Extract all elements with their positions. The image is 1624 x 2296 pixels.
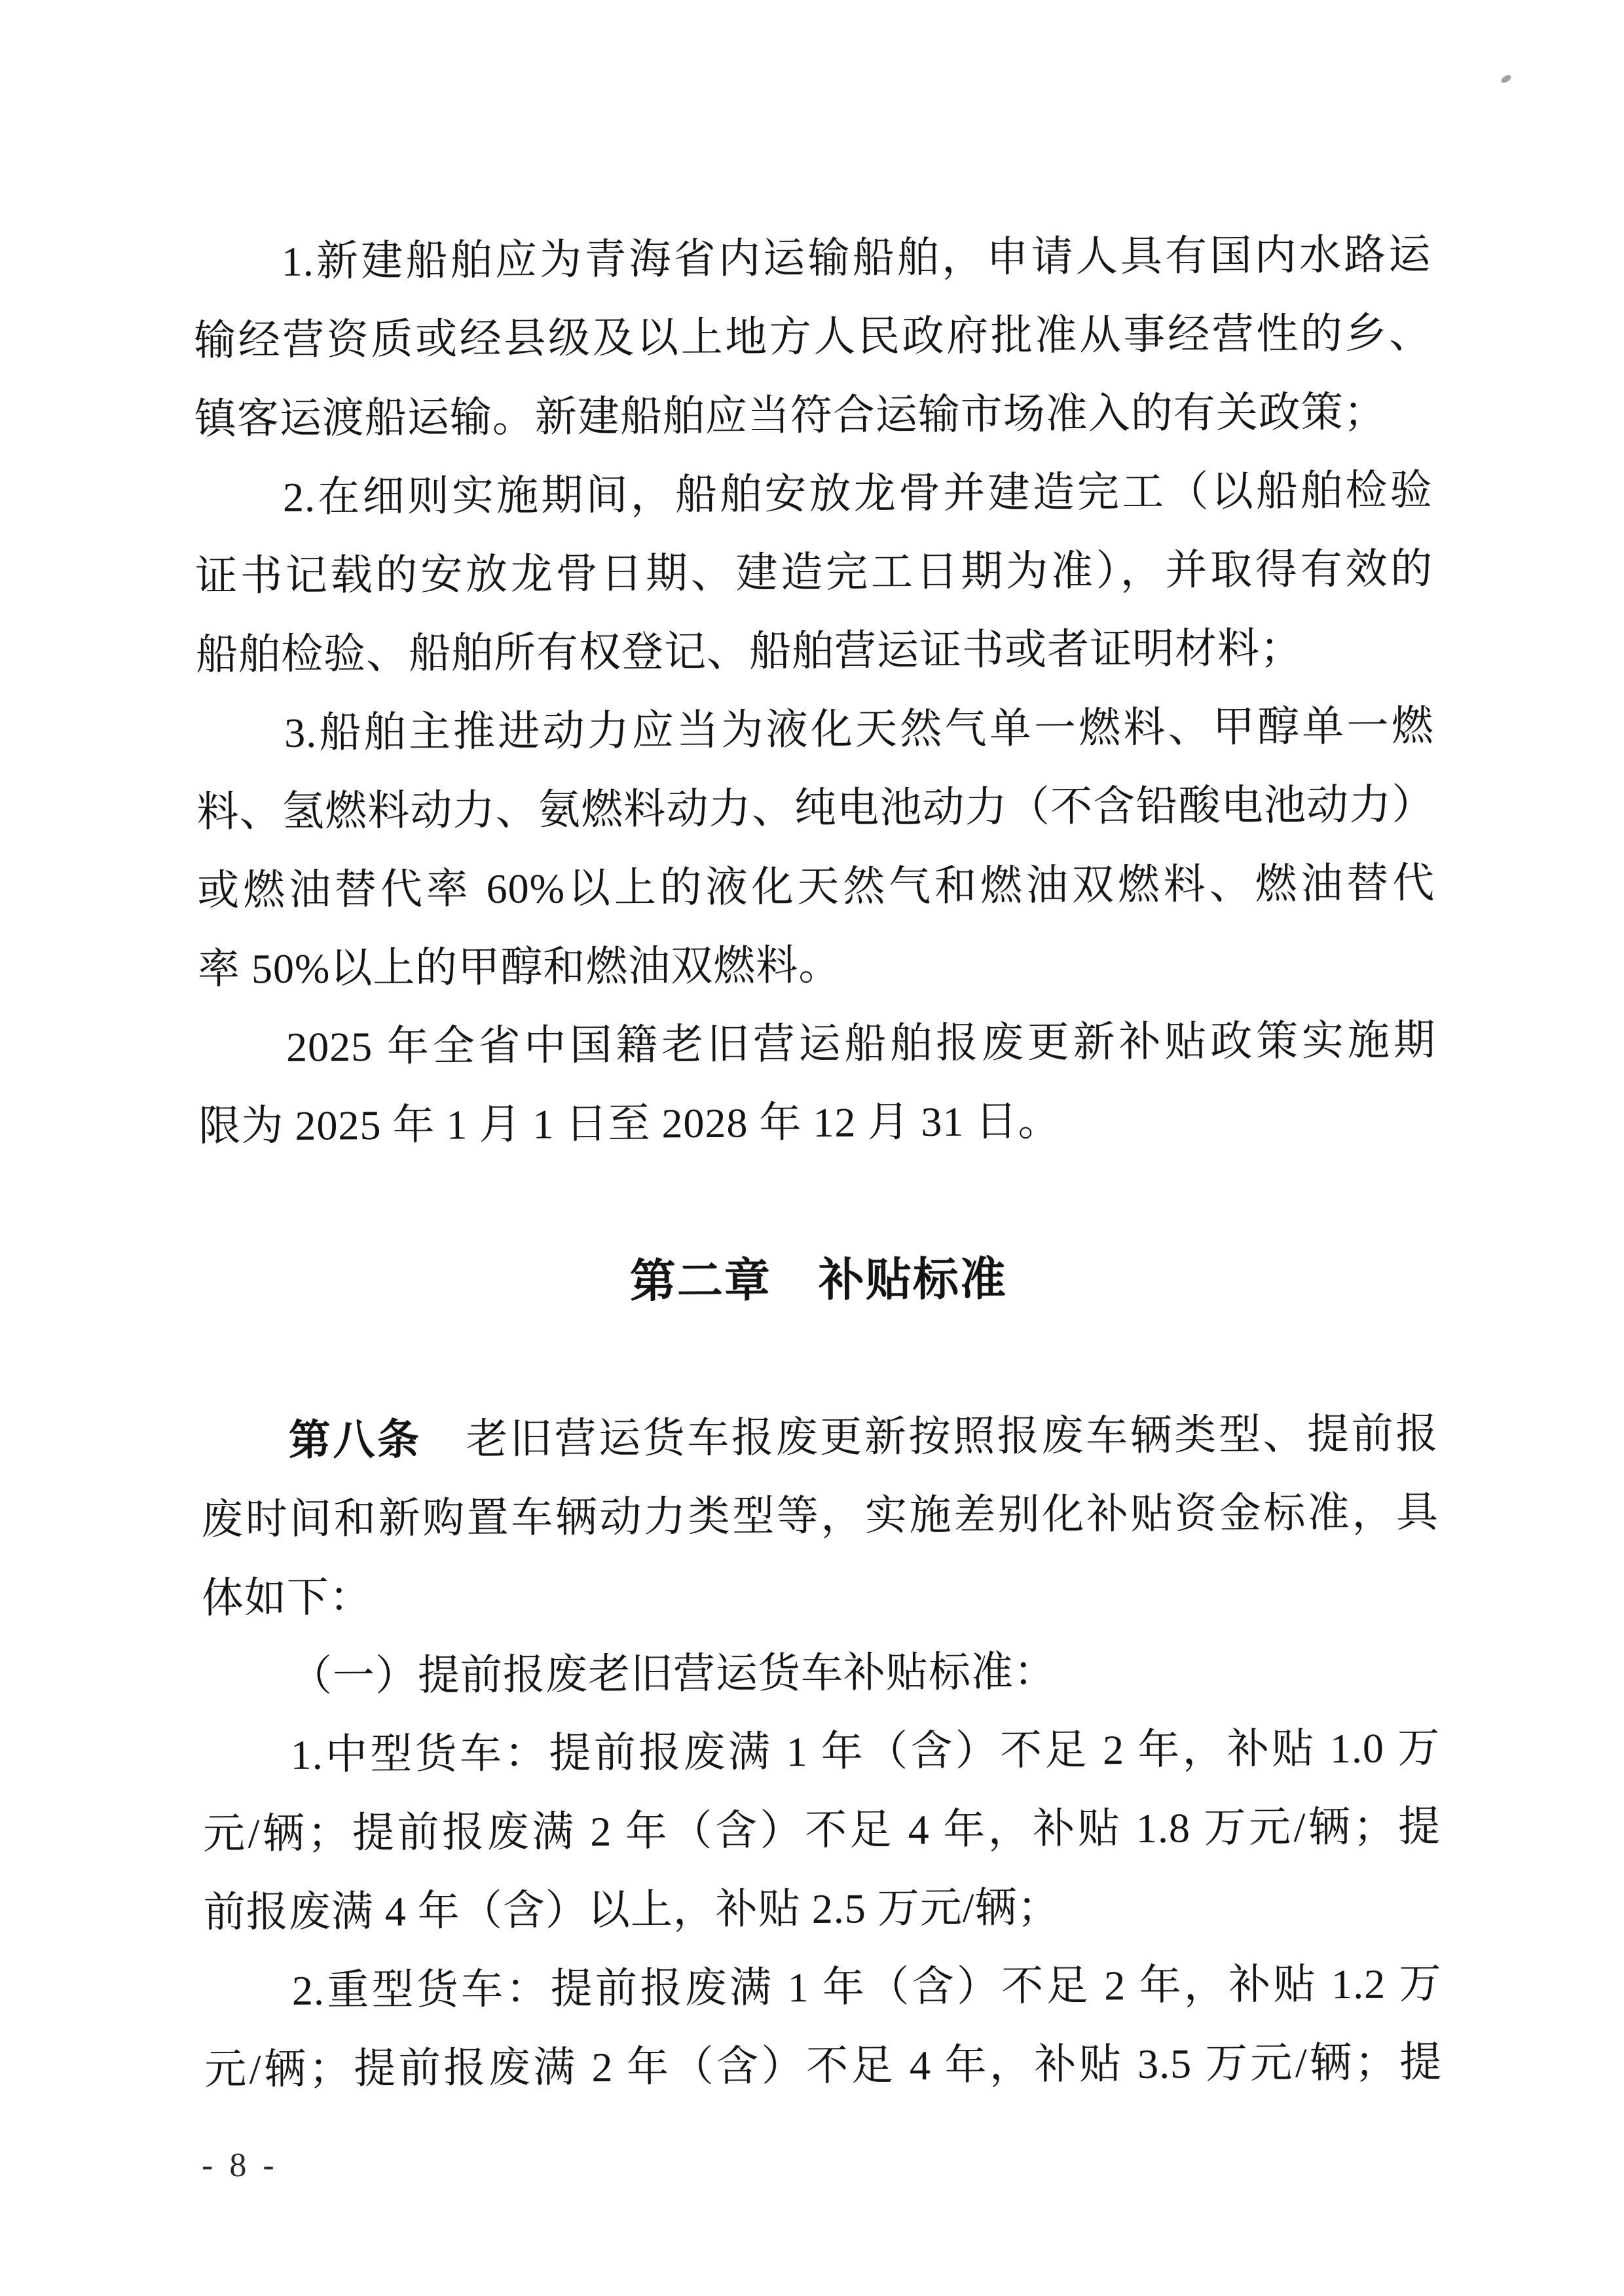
- text-line: 限为 2025 年 1 月 1 日至 2028 年 12 月 31 日。: [198, 1080, 1437, 1166]
- text-line: （一）提前报废老旧营运货车补贴标准：: [202, 1630, 1440, 1717]
- document-body: 1.新建船舶应为青海省内运输船舶，申请人具有国内水路运 输经营资质或经县级及以上…: [193, 215, 1443, 2109]
- scan-artifact-dot: [1500, 74, 1512, 84]
- text-line: 废时间和新购置车辆动力类型等，实施差别化补贴资金标准，具: [201, 1473, 1439, 1559]
- article-number-label: 第八条: [289, 1416, 422, 1464]
- article-lead-text: 老旧营运货车报废更新按照报废车辆类型、提前报: [421, 1410, 1438, 1463]
- text-line: 体如下：: [201, 1552, 1439, 1638]
- text-line: 或燃油替代率 60%以上的液化天然气和燃油双燃料、燃油替代: [197, 844, 1435, 930]
- page-number: - 8 -: [202, 2146, 278, 2185]
- document-page: 1.新建船舶应为青海省内运输船舶，申请人具有国内水路运 输经营资质或经县级及以上…: [0, 0, 1624, 2296]
- text-line: 元/辆；提前报废满 2 年（含）不足 4 年，补贴 1.8 万元/辆；提: [203, 1787, 1441, 1874]
- text-line: 输经营资质或经县级及以上地方人民政府批准从事经营性的乡、: [194, 294, 1432, 380]
- text-line: 1.中型货车：提前报废满 1 年（含）不足 2 年，补贴 1.0 万: [202, 1709, 1441, 1795]
- text-line-article-start: 第八条 老旧营运货车报废更新按照报废车辆类型、提前报: [200, 1394, 1439, 1481]
- text-line: 3.船舶主推进动力应当为液化天然气单一燃料、甲醇单一燃: [196, 687, 1434, 773]
- text-line: 镇客运渡船运输。新建船舶应当符合运输市场准入的有关政策；: [194, 373, 1432, 459]
- text-line: 2.在细则实施期间，船舶安放龙骨并建造完工（以船舶检验: [194, 451, 1433, 538]
- text-line: 元/辆；提前报废满 2 年（含）不足 4 年，补贴 3.5 万元/辆；提: [204, 2023, 1443, 2109]
- chapter-heading: 第二章 补贴标准: [200, 1237, 1438, 1323]
- text-line: 2025 年全省中国籍老旧营运船舶报废更新补贴政策实施期: [198, 1001, 1436, 1087]
- text-line: 料、氢燃料动力、氨燃料动力、纯电池动力（不含铅酸电池动力）: [196, 765, 1435, 852]
- text-line: 船舶检验、船舶所有权登记、船舶营运证书或者证明材料；: [196, 608, 1434, 695]
- text-line: 1.新建船舶应为青海省内运输船舶，申请人具有国内水路运: [193, 215, 1431, 302]
- text-line: 证书记载的安放龙骨日期、建造完工日期为准），并取得有效的: [195, 530, 1433, 616]
- text-line: 率 50%以上的甲醇和燃油双燃料。: [198, 922, 1436, 1009]
- text-line: 2.重型货车：提前报废满 1 年（含）不足 2 年，补贴 1.2 万: [204, 1944, 1442, 2031]
- text-line: 前报废满 4 年（含）以上，补贴 2.5 万元/辆；: [203, 1866, 1441, 1952]
